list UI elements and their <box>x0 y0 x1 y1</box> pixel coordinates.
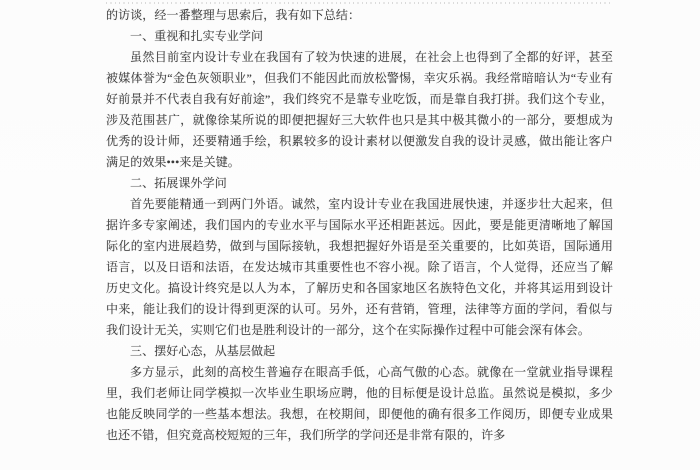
clipped-text-line-top <box>106 0 612 4</box>
section-2-heading: 二、拓展课外学问 <box>106 173 613 194</box>
section-2-body: 首先要能精通一到两门外语。诚然，室内设计专业在我国进展快速，并逐步壮大起来，但据… <box>106 194 613 341</box>
document-text: 的访谈，经一番整理与思索后，我有如下总结： 一、重视和扎实专业学问 虽然目前室内… <box>106 5 613 446</box>
section-1-body: 虽然目前室内设计专业在我国有了较为快速的进展，在社会上也得到了全都的好评，甚至被… <box>106 47 613 173</box>
section-3-body: 多方显示，此刻的高校生普遍存在眼高手低，心高气傲的心态。就像在一堂就业指导课程里… <box>106 362 613 446</box>
document-page: 的访谈，经一番整理与思索后，我有如下总结： 一、重视和扎实专业学问 虽然目前室内… <box>0 0 700 470</box>
intro-continuation-line: 的访谈，经一番整理与思索后，我有如下总结： <box>106 5 613 26</box>
section-3-heading: 三、摆好心态，从基层做起 <box>106 341 613 362</box>
section-1-heading: 一、重视和扎实专业学问 <box>106 26 613 47</box>
